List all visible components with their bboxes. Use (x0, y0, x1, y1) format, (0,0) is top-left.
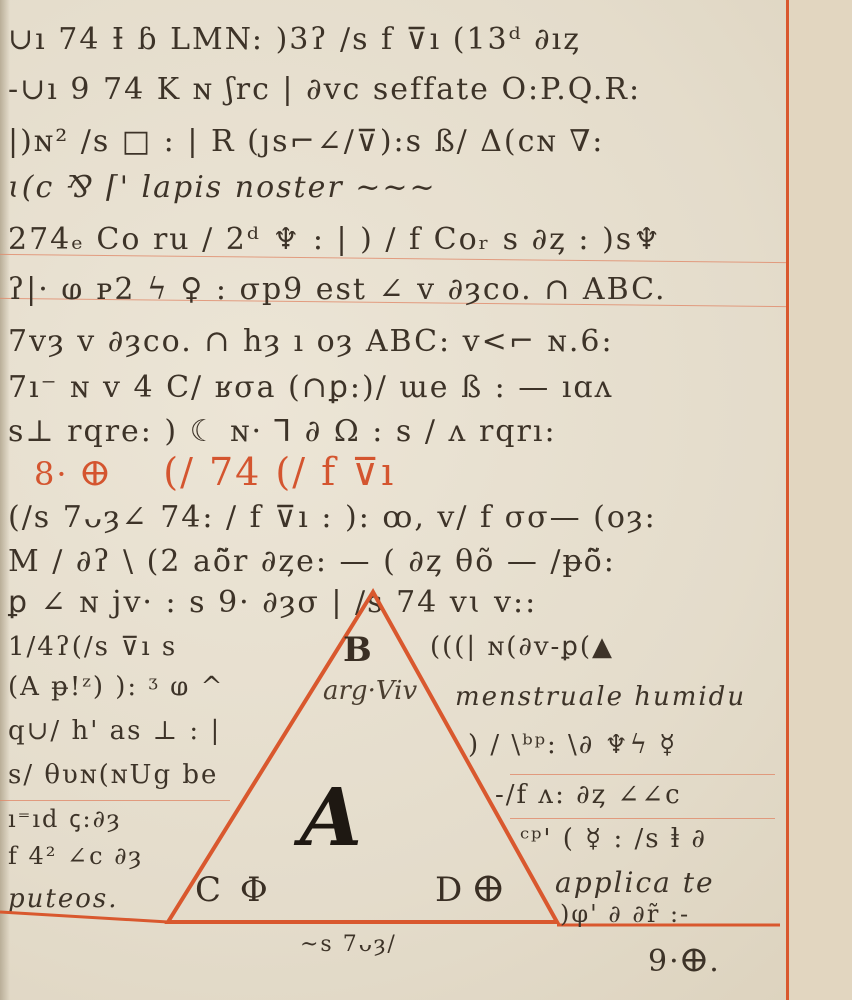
right-col-line-6: applica te (555, 866, 715, 899)
right-col-line-4: -/f ʌ: ∂ȥ ∠∠c (495, 780, 682, 810)
right-col-line-5: ᶜᵖ' ( ☿ : /s ⱡ ∂ (520, 824, 707, 854)
under-triangle-text: ~s 7ᴗȝ/ (300, 932, 397, 957)
triangle-right-label: D ⴲ (435, 870, 503, 910)
triangle-apex-label: B (343, 630, 372, 670)
left-label-symbol: Φ (240, 870, 268, 910)
right-label-letter: D (435, 870, 462, 910)
right-label-symbol: ⴲ (473, 870, 503, 910)
manuscript-page: ∪ı 74 Ɨ ɓ LMN: )3ʔ /s f ⊽ı (13ᵈ ∂ıȥ -∪ı … (0, 0, 852, 1000)
right-col-line-3: ) / \ᵇᵖ: \∂ ♆ϟ ☿ (468, 730, 677, 760)
triangle-left-label: C Φ (195, 870, 268, 910)
catchword: 9·ⴲ. (648, 944, 721, 979)
right-col-line-7: )φ' ∂ ∂r̃ :- (560, 900, 690, 928)
right-col-line-2: menstruale humidu (455, 682, 746, 712)
triangle-apex-text: arg·Viv (323, 676, 417, 706)
triangle-center-glyph: A (300, 770, 362, 864)
right-col-line-1: (((| ɴ(∂v-ꝑ(▲ (430, 632, 614, 662)
left-label-letter: C (195, 870, 221, 910)
triangle-diagram (0, 0, 852, 1000)
